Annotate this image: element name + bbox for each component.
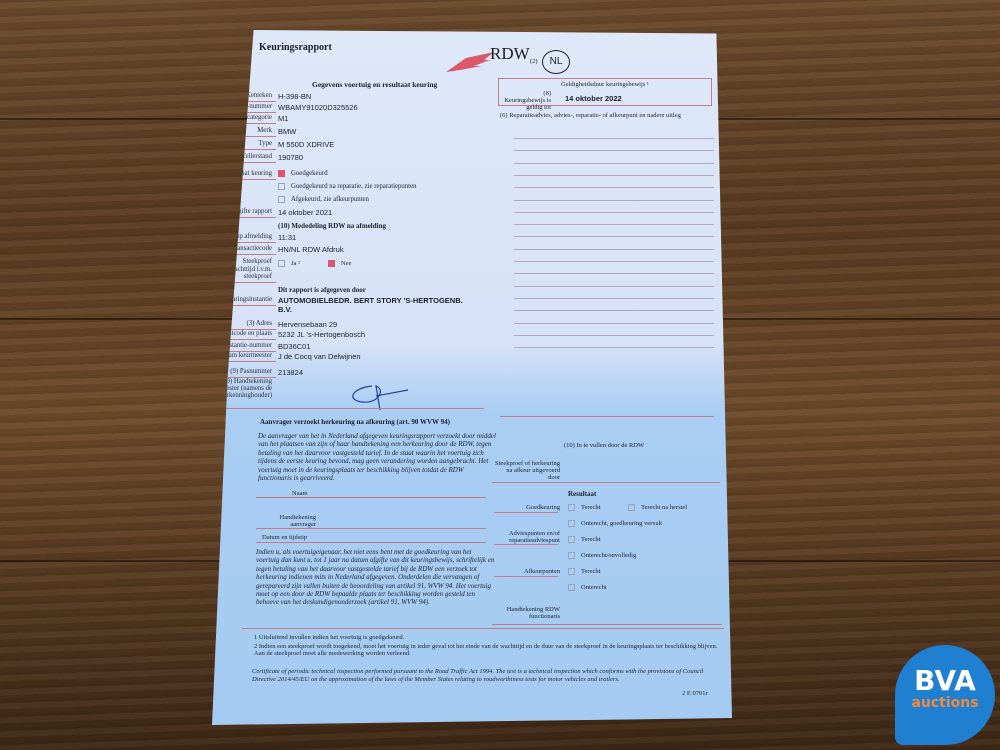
checkbox bbox=[278, 196, 285, 203]
issued-by-heading: Dit rapport is afgegeven door bbox=[278, 286, 366, 294]
repair-line bbox=[514, 138, 714, 139]
goedkeuring-underline bbox=[494, 512, 558, 513]
date-label: Datum en tijdstip bbox=[262, 534, 307, 541]
checkbox bbox=[278, 170, 285, 177]
inspection-report: Keuringsrapport RDW (2) NL Gegevens voer… bbox=[212, 30, 732, 725]
repair-line bbox=[514, 286, 714, 287]
steekproef-options: Ja ²Nee bbox=[278, 260, 379, 267]
sign-label: Handtekening aanvrager bbox=[270, 514, 316, 528]
repair-line bbox=[514, 323, 714, 324]
repair-heading: (6) Reparatieadvies, advies-, reparatie-… bbox=[500, 112, 681, 119]
checkbox bbox=[278, 183, 285, 190]
transaction-value: HN/NL RDW Afdruk bbox=[278, 245, 468, 254]
wait-underline bbox=[224, 282, 276, 283]
disclaimer-text: Indien u, als voertuigeigenaar, het niet… bbox=[256, 548, 496, 607]
issuer-0-value: AUTOMOBIELBEDR. BERT STORY 'S-HERTOGENB.… bbox=[278, 296, 468, 314]
issuer-4-value: J de Cocq van Delwijnen bbox=[278, 352, 468, 361]
field-0-underline bbox=[224, 101, 276, 102]
field-5-label: (4) Tellerstand bbox=[192, 153, 272, 160]
checkbox bbox=[568, 520, 575, 527]
field-0-label: (2) Kenteken bbox=[192, 92, 272, 99]
reinspection-text: De aanvrager van het in Nederland afgege… bbox=[258, 432, 498, 482]
checkbox bbox=[568, 568, 575, 575]
rdw-option: Terecht bbox=[568, 504, 600, 511]
field-5-value: 190780 bbox=[278, 153, 468, 162]
country-code-label: (2) bbox=[530, 58, 538, 65]
repair-line bbox=[514, 310, 714, 311]
time-label: Tijdstip afmelding bbox=[192, 233, 272, 240]
field-5-underline bbox=[224, 162, 276, 163]
result-heading: Resultaat bbox=[568, 490, 596, 498]
repair-line bbox=[514, 187, 714, 188]
afkeur-label: Afkeurpunten bbox=[502, 568, 560, 575]
repair-line bbox=[514, 224, 714, 225]
issuer-4-underline bbox=[224, 361, 276, 362]
result-label: (7) Resultaat keuring bbox=[192, 170, 272, 177]
rdw-option: Onterecht/onvolledig bbox=[568, 552, 636, 559]
validity-box: Geldigheidsduur keuringsbewijs ¹ (8) Keu… bbox=[498, 78, 712, 106]
bva-brand: BVA bbox=[895, 667, 995, 695]
field-1-label: (1) Identificatie-nummer bbox=[192, 103, 272, 110]
issuer-2-label: (3) Postcode en plaats bbox=[192, 330, 272, 337]
field-4-value: M 550D XDRIVE bbox=[278, 140, 468, 149]
rdw-option: Terecht na herstel bbox=[628, 504, 687, 511]
issuer-0-underline bbox=[224, 305, 276, 306]
wait-label: Einde wachttijd i.v.m. steekproef bbox=[192, 266, 272, 280]
repair-bottom-line bbox=[500, 416, 714, 417]
bva-watermark: BVA auctions bbox=[895, 645, 995, 745]
repair-line bbox=[514, 249, 714, 250]
result-option: Goedgekeurd na reparatie, zie reparatiep… bbox=[278, 183, 416, 190]
issuer-5-value: 213824 bbox=[278, 368, 468, 377]
field-2-value: M1 bbox=[278, 114, 468, 123]
certificate-text: Certificate of periodic technical inspec… bbox=[252, 668, 722, 684]
report-title: Keuringsrapport bbox=[259, 42, 332, 53]
result-underline bbox=[224, 179, 276, 180]
rdw-label: RDW bbox=[490, 44, 530, 64]
name-label: Naam bbox=[292, 490, 308, 497]
bva-sub: auctions bbox=[895, 695, 995, 711]
repair-line bbox=[514, 298, 714, 299]
issuer-1-value: Hervensebaan 29 bbox=[278, 320, 468, 329]
advies-underline bbox=[494, 544, 558, 545]
time-value: 11:31 bbox=[278, 233, 468, 242]
repair-line bbox=[514, 200, 714, 201]
form-code: 2 E 0701r bbox=[682, 690, 708, 697]
advies-label: Adviespunten en/of reparatieadviespunt bbox=[492, 530, 560, 544]
field-1-value: WBAMY91020D325526 bbox=[278, 103, 468, 112]
section-rdw: (10) Mededeling RDW na afmelding bbox=[278, 222, 386, 230]
transaction-underline bbox=[224, 254, 276, 255]
checkbox bbox=[568, 552, 575, 559]
date-issued-underline bbox=[224, 217, 276, 218]
field-4-underline bbox=[224, 149, 276, 150]
result-option: Goedgekeurd bbox=[278, 170, 328, 177]
checkbox bbox=[568, 584, 575, 591]
repair-line bbox=[514, 273, 714, 274]
rdw-sign-label: Handtekening RDW functionaris bbox=[502, 606, 560, 620]
checkbox bbox=[278, 260, 285, 267]
field-3-label: Merk bbox=[192, 127, 272, 134]
validity-label: (8) Keuringsbewijs is geldig tot bbox=[503, 90, 551, 111]
repair-line bbox=[514, 347, 714, 348]
time-underline bbox=[224, 242, 276, 243]
field-1-underline bbox=[224, 112, 276, 113]
field-3-underline bbox=[224, 136, 276, 137]
footnote-1: 1 Uitsluitend invullen indien het voertu… bbox=[254, 634, 724, 641]
repair-line bbox=[514, 236, 714, 237]
checkbox bbox=[568, 536, 575, 543]
issuer-4-label: (9) Naam keurmeester bbox=[192, 352, 272, 359]
issuer-0-label: (9) Naam keuringsinstantie bbox=[192, 296, 272, 303]
rdw-box-heading: (10) In te vullen door de RDW bbox=[564, 442, 644, 449]
repair-line bbox=[514, 335, 714, 336]
field-0-value: H-398-BN bbox=[278, 92, 468, 101]
checkbox bbox=[568, 504, 575, 511]
country-badge: NL bbox=[542, 50, 570, 74]
performed-label: Steekproef of herkeuring na afkeur uitge… bbox=[494, 460, 560, 481]
steekproef-label: Steekproef bbox=[192, 258, 272, 265]
repair-line bbox=[514, 261, 714, 262]
rdw-option: Onterecht bbox=[568, 584, 607, 591]
signature-label: (9) Handtekening keurmeester (namens de … bbox=[192, 378, 272, 399]
field-3-value: BMW bbox=[278, 127, 468, 136]
issuer-2-underline bbox=[224, 339, 276, 340]
date-issued-value: 14 oktober 2021 bbox=[278, 208, 468, 217]
result-option: Afgekeurd, zie afkeurpunten bbox=[278, 196, 369, 203]
signature-underline bbox=[224, 408, 484, 409]
repair-line bbox=[514, 212, 714, 213]
field-4-label: Type bbox=[192, 140, 272, 147]
transaction-label: Transactiecode bbox=[192, 245, 272, 252]
validity-date: 14 oktober 2022 bbox=[565, 94, 622, 103]
afkeur-underline bbox=[494, 576, 558, 577]
rdw-logo-icon bbox=[444, 50, 496, 74]
section-vehicle: Gegevens voertuig en resultaat keuring bbox=[312, 80, 437, 89]
footnote-2: 2 Indien een steekproef wordt toegekend,… bbox=[254, 643, 724, 657]
date-issued-label: (3) Datum afgifte rapport bbox=[192, 208, 272, 215]
checkbox bbox=[628, 504, 635, 511]
rdw-option: Terecht bbox=[568, 536, 600, 543]
issuer-2-value: 5232 JL 's-Hertogenbosch bbox=[278, 330, 468, 339]
issuer-3-label: Keuringsinstantie-nummer bbox=[192, 342, 272, 349]
issuer-1-label: (3) Adres bbox=[192, 320, 272, 327]
rdw-option: Onterecht, goedkeuring vervalt bbox=[568, 520, 662, 527]
repair-line bbox=[514, 163, 714, 164]
checkbox bbox=[328, 260, 335, 267]
repair-line bbox=[514, 150, 714, 151]
reinspection-heading: Aanvrager verzoekt herkeuring na afkeuri… bbox=[260, 418, 450, 426]
issuer-5-label: (9) Pasnummer bbox=[192, 368, 272, 375]
issuer-3-value: BD36C01 bbox=[278, 342, 468, 351]
goedkeuring-label: Goedkeuring bbox=[502, 504, 560, 511]
repair-line bbox=[514, 175, 714, 176]
field-2-underline bbox=[224, 123, 276, 124]
validity-title: Geldigheidsduur keuringsbewijs ¹ bbox=[561, 81, 649, 88]
rdw-option: Terecht bbox=[568, 568, 600, 575]
